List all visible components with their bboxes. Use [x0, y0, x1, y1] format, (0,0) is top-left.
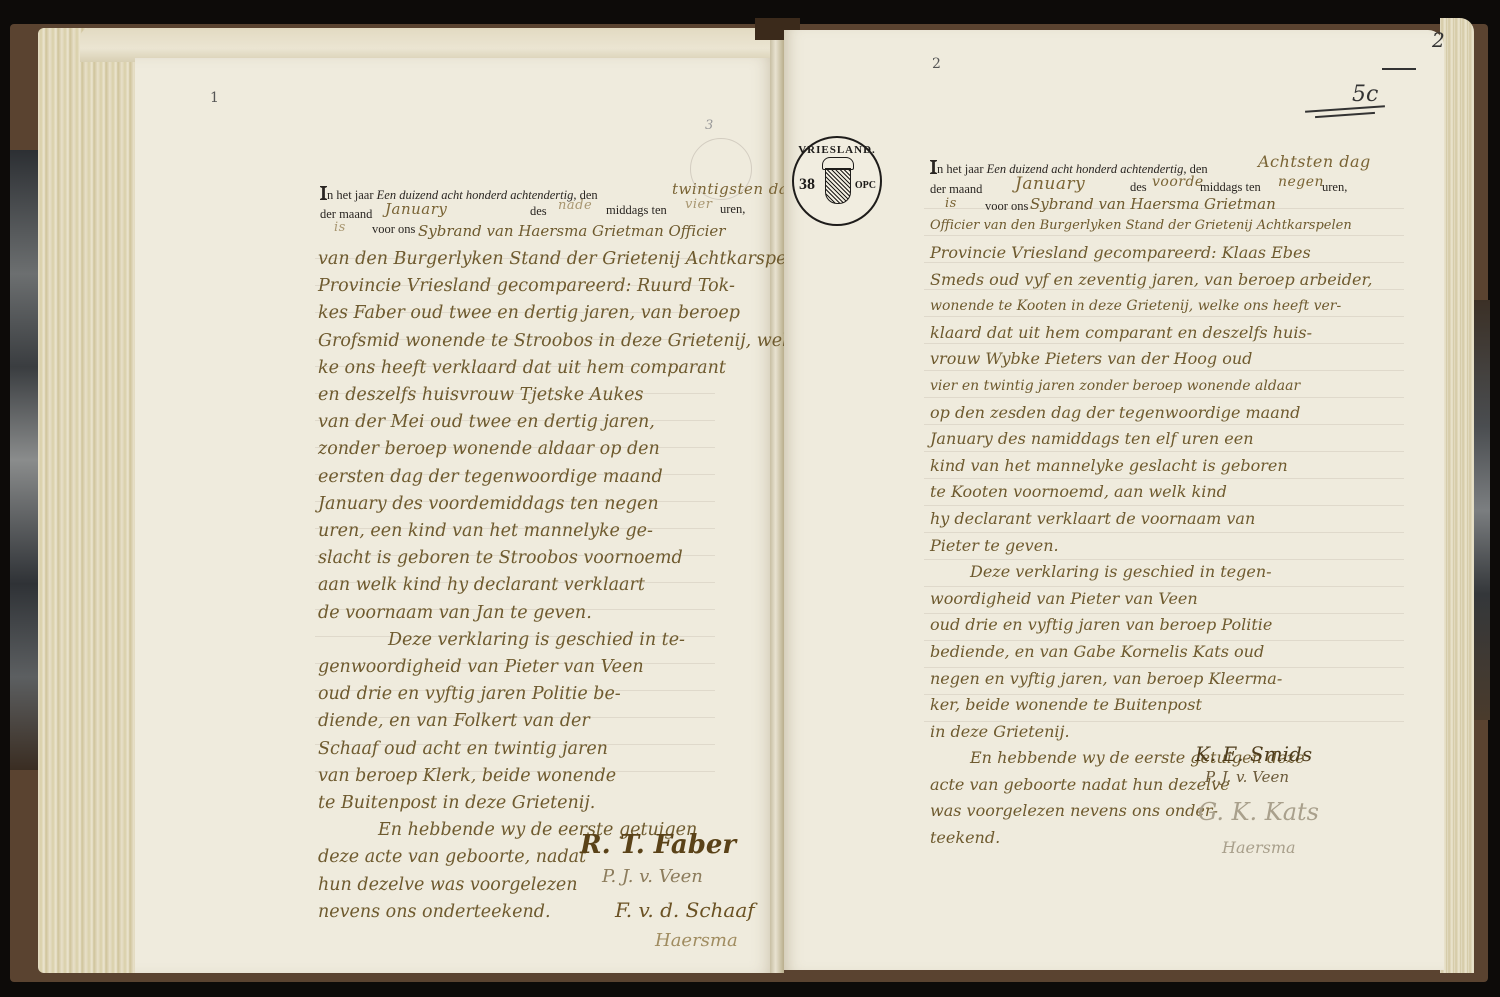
right-handwritten-day: Achtsten dag: [1258, 152, 1371, 171]
left-body-line: van beroep Klerk, beide wonende: [318, 763, 814, 790]
left-page-number: 1: [210, 90, 219, 106]
left-body: van den Burgerlyken Stand der Grietenij …: [318, 246, 814, 926]
coat-of-arms-icon: [825, 168, 851, 204]
marbled-cover-left: [10, 150, 38, 770]
left-body-line: uren, een kind van het mannelyke ge-: [318, 518, 814, 545]
left-body-line: kes Faber oud twee en dertig jaren, van …: [318, 300, 814, 327]
right-handwritten-part-of-day: voorde: [1152, 174, 1204, 190]
right-body-line: acte van geboorte nadat hun dezelve: [930, 772, 1373, 799]
left-body-line: diende, en van Folkert van der: [318, 708, 814, 735]
right-body-line: negen en vyftig jaren, van beroep Kleerm…: [930, 666, 1373, 693]
left-handwritten-hour: vier: [685, 197, 712, 212]
faint-pencil-mark: 3: [705, 118, 713, 133]
left-body-first-line: Sybrand van Haersma Grietman Officier: [318, 218, 725, 245]
marbled-cover-right: [1474, 300, 1490, 720]
signature: Haersma: [655, 930, 738, 951]
right-body-line: Officier van den Burgerlyken Stand der G…: [930, 215, 1352, 237]
left-body-line: January des voordemiddags ten negen: [318, 491, 814, 518]
right-page-number: 2: [932, 56, 941, 72]
left-body-line: Provincie Vriesland gecompareerd: Ruurd …: [318, 273, 814, 300]
page-edges-top: [80, 28, 770, 62]
page-edges-right: [1440, 18, 1474, 973]
pencil-dash: [1382, 68, 1416, 70]
right-body-line: kind van het mannelyke geslacht is gebor…: [930, 453, 1373, 480]
right-body-line: January des namiddags ten elf uren een: [930, 426, 1373, 453]
signature: K. E. Smids: [1195, 742, 1312, 766]
vriesland-tax-stamp: VRIESLAND. 38 OPC: [792, 136, 882, 226]
right-body-line: Sybrand van Haersma Grietman: [930, 193, 1352, 215]
right-body-line: Provincie Vriesland gecompareerd: Klaas …: [930, 240, 1373, 267]
signature: Haersma: [1222, 838, 1296, 857]
left-body-line: zonder beroep wonende aldaar op den: [318, 436, 814, 463]
left-body-line: ke ons heeft verklaard dat uit hem compa…: [318, 355, 814, 382]
left-body-line: Schaaf oud acht en twintig jaren: [318, 736, 814, 763]
right-body-line: Deze verklaring is geschied in tegen-: [930, 559, 1373, 586]
right-body-line: Smeds oud vyf en zeventig jaren, van ber…: [930, 267, 1373, 294]
right-body-line: ker, beide wonende te Buitenpost: [930, 692, 1373, 719]
left-body-line: en deszelfs huisvrouw Tjetske Aukes: [318, 382, 814, 409]
right-handwritten-hour: negen: [1278, 174, 1324, 190]
left-body-line: deze acte van geboorte, nadat: [318, 844, 814, 871]
left-body-line: te Buitenpost in deze Grietenij.: [318, 790, 814, 817]
signature: P. J. v. Veen: [1205, 768, 1289, 786]
left-handwritten-part-of-day: nade: [558, 198, 592, 213]
right-body-line: woordigheid van Pieter van Veen: [930, 586, 1373, 613]
page-edges-left: [38, 28, 138, 973]
right-body-line: vier en twintig jaren zonder beroep wone…: [930, 373, 1373, 400]
left-printed-line-1: In het jaar Een duizend acht honderd ach…: [320, 186, 598, 203]
right-body-line: te Kooten voornoemd, aan welk kind: [930, 479, 1373, 506]
right-body-first-line: Sybrand van Haersma Grietman Officier va…: [930, 193, 1352, 237]
left-body-line: de voornaam van Jan te geven.: [318, 600, 814, 627]
left-body-line: Grofsmid wonende te Stroobos in deze Gri…: [318, 328, 814, 355]
left-body-line: hun dezelve was voorgelezen: [318, 872, 814, 899]
left-body-line: van der Mei oud twee en dertig jaren,: [318, 409, 814, 436]
left-printed-uren: uren,: [720, 202, 745, 217]
right-body-line: vrouw Wybke Pieters van der Hoog oud: [930, 346, 1373, 373]
right-body-line: Pieter te geven.: [930, 533, 1373, 560]
signature: G. K. Kats: [1198, 798, 1319, 826]
left-body-line: Sybrand van Haersma Grietman Officier: [318, 218, 725, 245]
left-handwritten-month: January: [385, 200, 447, 218]
right-body-line: klaard dat uit hem comparant en deszelfs…: [930, 320, 1373, 347]
left-body-line: genwoordigheid van Pieter van Veen: [318, 654, 814, 681]
left-body-line: aan welk kind hy declarant verklaart: [318, 572, 814, 599]
left-body-line: eersten dag der tegenwoordige maand: [318, 464, 814, 491]
pencil-annotation: 5c: [1352, 82, 1378, 107]
signature: F. v. d. Schaaf: [615, 898, 755, 922]
left-body-line: slacht is geboren te Stroobos voornoemd: [318, 545, 814, 572]
right-body-line: hy declarant verklaart de voornaam van: [930, 506, 1373, 533]
right-body-line: oud drie en vyftig jaren van beroep Poli…: [930, 612, 1373, 639]
left-body-line: van den Burgerlyken Stand der Grietenij …: [318, 246, 814, 273]
left-handwritten-day: twintigsten dag: [672, 180, 798, 198]
left-body-line: En hebbende wy de eerste getuigen: [318, 817, 814, 844]
left-printed-des: des: [530, 204, 547, 219]
right-body-line: op den zesden dag der tegenwoordige maan…: [930, 400, 1373, 427]
right-handwritten-month: January: [1015, 174, 1085, 194]
right-body-line: teekend.: [930, 825, 1373, 852]
signature: R. T. Faber: [580, 830, 736, 860]
left-printed-middags: middags ten: [606, 203, 667, 218]
right-body-line: bediende, en van Gabe Kornelis Kats oud: [930, 639, 1373, 666]
signature: P. J. v. Veen: [602, 866, 703, 887]
left-body-line: Deze verklaring is geschied in te-: [318, 627, 814, 654]
left-body-line: oud drie en vyftig jaren Politie be-: [318, 681, 814, 708]
right-body-line: wonende te Kooten in deze Grietenij, wel…: [930, 293, 1373, 320]
folio-number: 2: [1432, 28, 1445, 52]
